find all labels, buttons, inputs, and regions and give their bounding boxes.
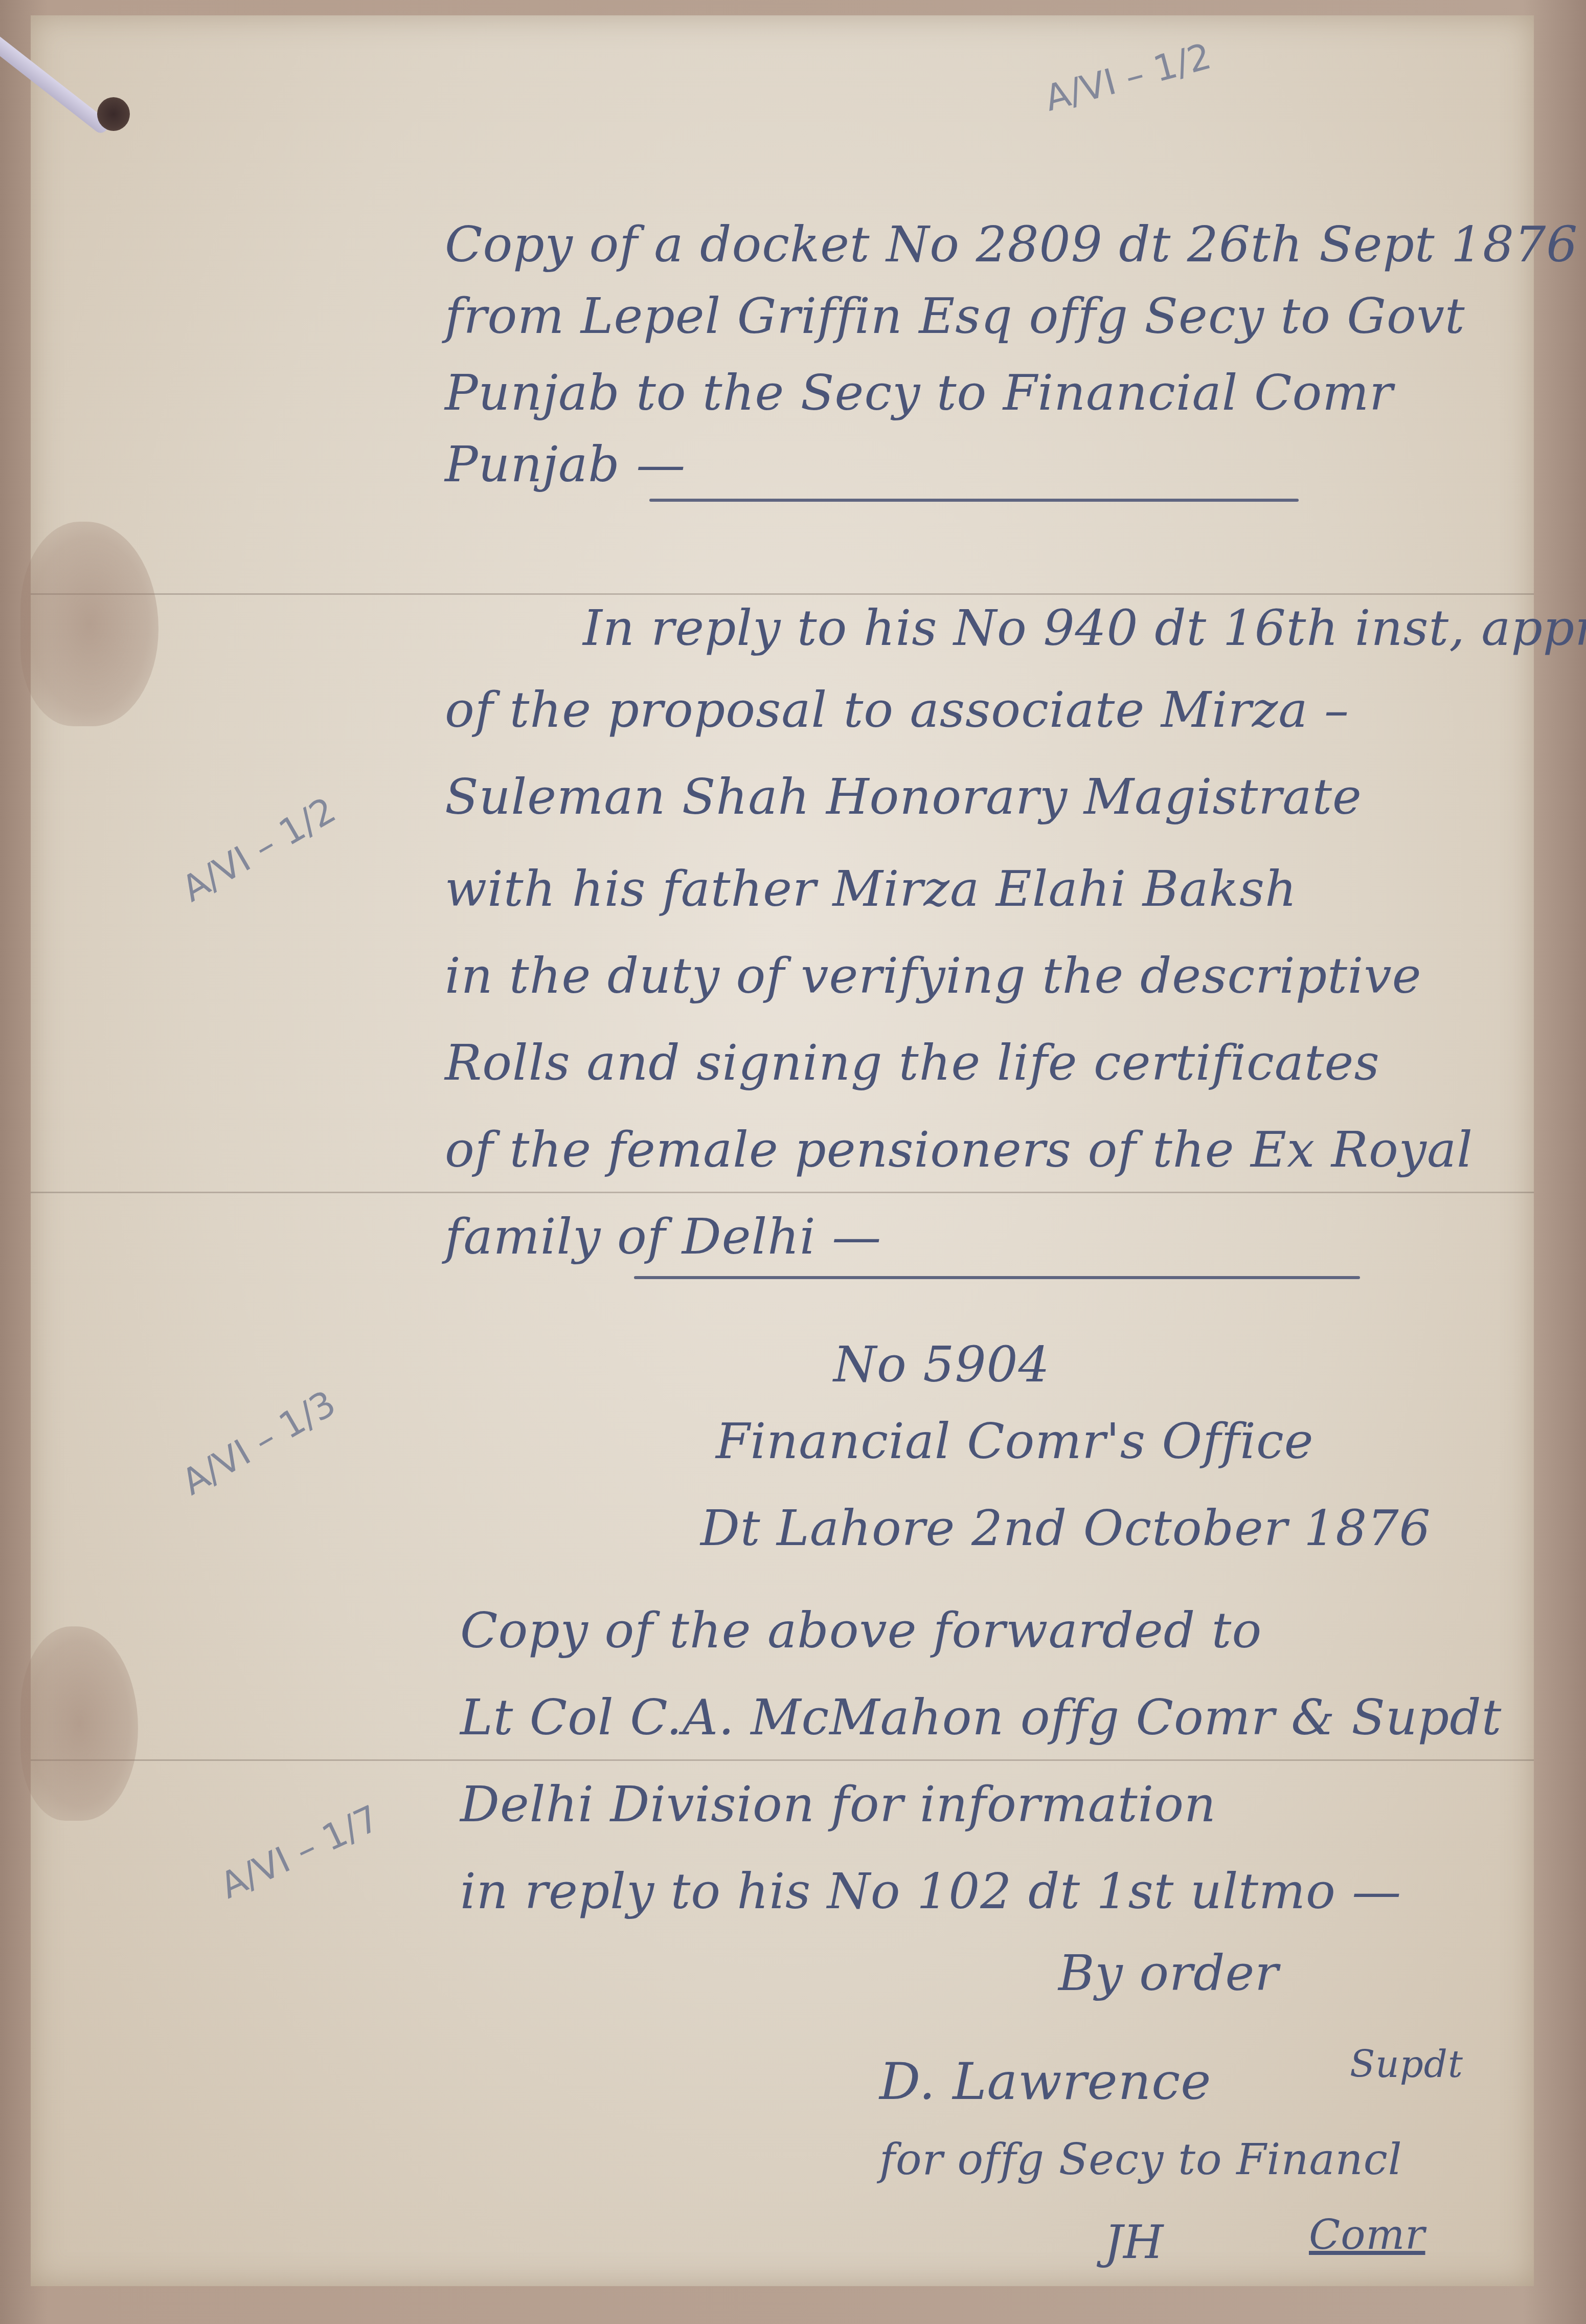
signatory-title-2: for offg Secy to Financl [879, 2138, 1402, 2181]
body-line-5: in the duty of verifying the descriptive [445, 951, 1422, 1000]
heading-line-2: from Lepel Griffin Esq offg Secy to Govt [445, 292, 1465, 341]
endorsement-office: Financial Comr's Office [716, 1417, 1314, 1466]
signature: D. Lawrence [879, 2056, 1211, 2107]
punch-hole [97, 97, 130, 131]
heading-line-3: Punjab to the Secy to Financial Comr [445, 368, 1393, 417]
signatory-title-3: Comr [1309, 2215, 1425, 2255]
body-line-4: with his father Mirza Elahi Baksh [445, 864, 1297, 913]
body-line-7: of the female pensioners of the Ex Royal [445, 1125, 1473, 1174]
forwarding-line-2: Lt Col C.A. McMahon offg Comr & Supdt [460, 1693, 1502, 1742]
divider-rule [634, 1276, 1360, 1279]
heading-line-4: Punjab — [445, 440, 686, 489]
initials: JH [1104, 2220, 1164, 2266]
body-line-8: family of Delhi — [445, 1212, 881, 1261]
divider-rule [649, 499, 1299, 502]
forwarding-line-3: Delhi Division for information [460, 1780, 1216, 1829]
by-order: By order [1058, 1949, 1279, 1998]
endorsement-date: Dt Lahore 2nd October 1876 [700, 1504, 1431, 1553]
heading-line-1: Copy of a docket No 2809 dt 26th Sept 18… [445, 220, 1578, 269]
forwarding-line-1: Copy of the above forwarded to [460, 1606, 1262, 1655]
fold-crease [31, 1759, 1534, 1761]
body-line-1: In reply to his No 940 dt 16th inst, app… [583, 604, 1586, 653]
fold-crease [31, 593, 1534, 595]
endorsement-number: No 5904 [833, 1340, 1050, 1389]
body-line-6: Rolls and signing the life certificates [445, 1038, 1380, 1087]
body-line-2: of the proposal to associate Mirza – [445, 685, 1349, 734]
fold-crease [31, 1192, 1534, 1193]
signatory-title-1: Supdt [1350, 2046, 1463, 2083]
body-line-3: Suleman Shah Honorary Magistrate [445, 772, 1362, 821]
forwarding-line-4: in reply to his No 102 dt 1st ultmo — [460, 1867, 1401, 1916]
